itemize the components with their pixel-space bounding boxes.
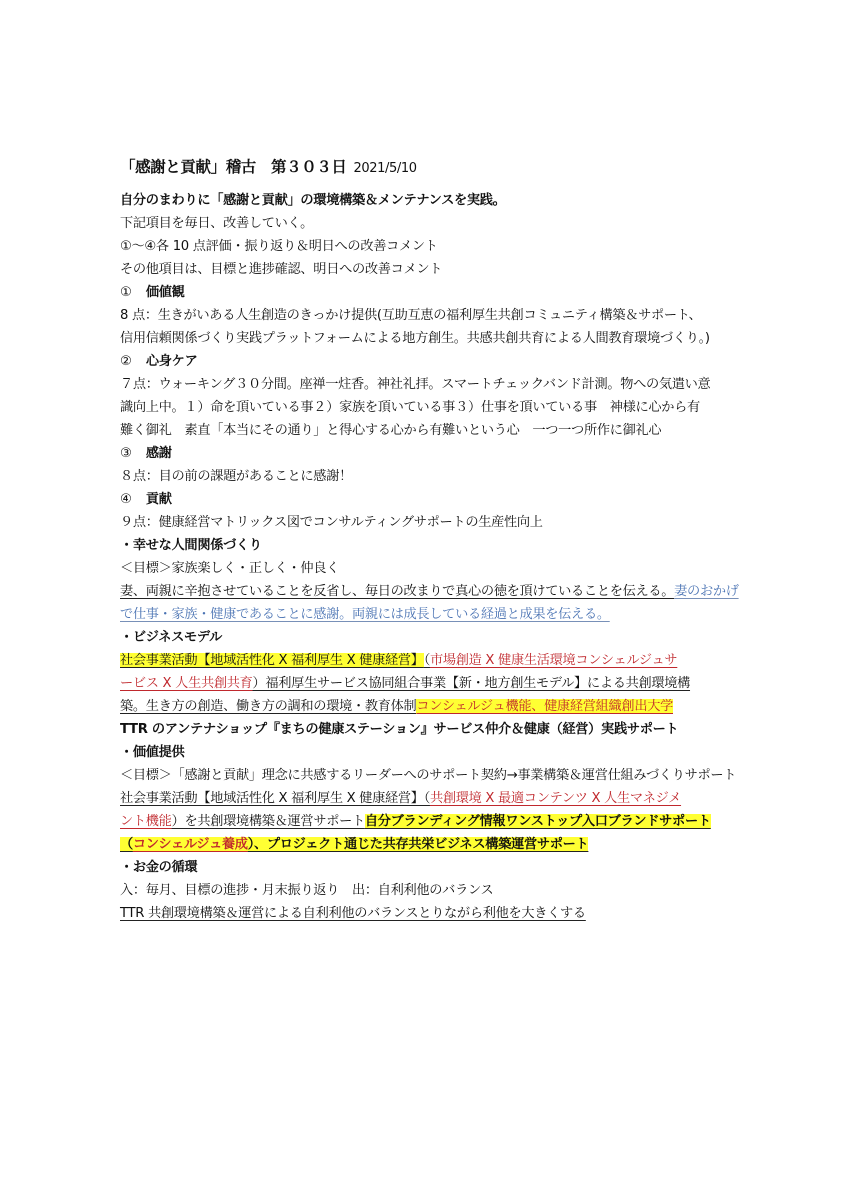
money-text: 入：毎月、目標の進捗・月末振り返り 出：自利利他のバランス	[120, 879, 740, 902]
value-text: ント機能）を共創環境構築＆運営サポート自分ブランディング情報ワンストップ入口ブラ…	[120, 810, 740, 833]
value-text-black: 社会事業活動【地域活性化 X 福利厚生 X 健康経営】（	[120, 791, 430, 806]
money-heading: ・お金の循環	[120, 856, 740, 879]
section-text: 難く御礼 素直「本当にその通り」と得心する心から有難いという心 一つ一つ所作に御…	[120, 419, 740, 442]
highlighted-text: 社会事業活動【地域活性化 X 福利厚生 X 健康経営】	[120, 653, 424, 668]
section-label: 価値観	[146, 285, 185, 300]
red-text: ービス X 人生共創共育	[120, 676, 253, 691]
section-label: 貢献	[146, 492, 172, 507]
relations-text-blue: 妻のおかげ	[674, 584, 738, 599]
intro-line: その他項目は、目標と進捗確認、明日への改善コメント	[120, 258, 740, 281]
section-text: ８点：目の前の課題があることに感謝！	[120, 465, 740, 488]
section-heading-gratitude: ③ 感謝	[120, 442, 740, 465]
intro-heading: 自分のまわりに「感謝と貢献」の環境構築＆メンテナンスを実践。	[120, 189, 740, 212]
intro-line: 下記項目を毎日、改善していく。	[120, 212, 740, 235]
relations-text: 妻、両親に辛抱させていることを反省し、毎日の改まりで真心の徳を頂けていることを伝…	[120, 580, 740, 603]
section-text: 識向上中。１）命を頂いている事２）家族を頂いている事３）仕事を頂いている事 神様…	[120, 396, 740, 419]
highlighted-bold-text: ）、プロジェクト通じた共存共栄ビジネス構築運営サポート	[248, 837, 589, 852]
value-heading: ・価値提供	[120, 741, 740, 764]
section-heading-mind-body-care: ② 心身ケア	[120, 350, 740, 373]
value-text: （コンシェルジュ養成）、プロジェクト通じた共存共栄ビジネス構築運営サポート	[120, 833, 740, 856]
page-title: 「感謝と貢献」稽古 第３０３日 2021/5/10	[120, 155, 740, 179]
section-heading-values: ① 価値観	[120, 281, 740, 304]
section-text: ７点：ウォーキング３０分間。座禅一炷香。神社礼拝。スマートチェックバンド計測。物…	[120, 373, 740, 396]
red-text: 共創環境 X 最適コンテンツ X 人生マネジメ	[430, 791, 681, 806]
section-text: 8 点：生きがいある人生創造のきっかけ提供(互助互恵の福利厚生共創コミュニティ構…	[120, 304, 740, 327]
highlighted-red-bold-text: コンシェルジュ養成	[133, 837, 248, 852]
circled-number: ④	[120, 488, 142, 511]
highlighted-bold-text: 自分ブランディング情報ワンストップ入口ブランドサポート	[365, 814, 711, 829]
business-text: ービス X 人生共創共育）福利厚生サービス協同組合事業【新・地方創生モデル】によ…	[120, 672, 740, 695]
relations-heading: ・幸せな人間関係づくり	[120, 534, 740, 557]
section-text: ９点：健康経営マトリックス図でコンサルティングサポートの生産性向上	[120, 511, 740, 534]
money-text-underlined: TTR 共創環境構築＆運営による自利利他のバランスとりながら利他を大きくする	[120, 906, 586, 921]
business-text-black: 築。生き方の創造、働き方の調和の環境・教育体制	[120, 699, 416, 714]
red-text: ント機能	[120, 814, 172, 829]
money-text: TTR 共創環境構築＆運営による自利利他のバランスとりながら利他を大きくする	[120, 902, 740, 925]
document-page: 「感謝と貢献」稽古 第３０３日 2021/5/10 自分のまわりに「感謝と貢献」…	[120, 155, 740, 925]
relations-goal: ＜目標＞家族楽しく・正しく・仲良く	[120, 557, 740, 580]
relations-text-black: 妻、両親に辛抱させていることを反省し、毎日の改まりで真心の徳を頂けていることを伝…	[120, 584, 674, 599]
red-text: 市場創造 X 健康生活環境コンシェルジュサ	[430, 653, 677, 668]
business-heading: ・ビジネスモデル	[120, 626, 740, 649]
business-antenna-shop: TTR のアンテナショップ『まちの健康ステーション』サービス仲介＆健康（経営）実…	[120, 718, 740, 741]
value-text: 社会事業活動【地域活性化 X 福利厚生 X 健康経営】（共創環境 X 最適コンテ…	[120, 787, 740, 810]
highlighted-bold-text: （	[120, 837, 133, 852]
business-text: 社会事業活動【地域活性化 X 福利厚生 X 健康経営】（市場創造 X 健康生活環…	[120, 649, 740, 672]
intro-line: ①～④各 10 点評価・振り返り＆明日への改善コメント	[120, 235, 740, 258]
circled-number: ②	[120, 350, 142, 373]
title-date: 2021/5/10	[354, 161, 417, 176]
business-text-black: ）福利厚生サービス協同組合事業【新・地方創生モデル】による共創環境構	[253, 676, 691, 691]
value-goal: ＜目標＞「感謝と貢献」理念に共感するリーダーへのサポート契約→事業構築＆運営仕組…	[120, 764, 740, 787]
section-label: 心身ケア	[146, 354, 198, 369]
highlighted-red-text: コンシェルジュ機能、健康経営組織創出大学	[416, 699, 673, 714]
relations-text: で仕事・家族・健康であることに感謝。両親には成長している経過と成果を伝える。	[120, 603, 740, 626]
circled-number: ③	[120, 442, 142, 465]
section-text: 信用信頼関係づくり実践プラットフォームによる地方創生。共感共創共育による人間教育…	[120, 327, 740, 350]
section-heading-contribution: ④ 貢献	[120, 488, 740, 511]
business-text: 築。生き方の創造、働き方の調和の環境・教育体制コンシェルジュ機能、健康経営組織創…	[120, 695, 740, 718]
relations-text-blue: で仕事・家族・健康であることに感謝。両親には成長している経過と成果を伝える。	[120, 607, 610, 622]
value-text-black: ）を共創環境構築＆運営サポート	[172, 814, 365, 829]
section-label: 感謝	[146, 446, 172, 461]
circled-number: ①	[120, 281, 142, 304]
title-main: 「感謝と貢献」稽古 第３０３日	[120, 158, 347, 176]
